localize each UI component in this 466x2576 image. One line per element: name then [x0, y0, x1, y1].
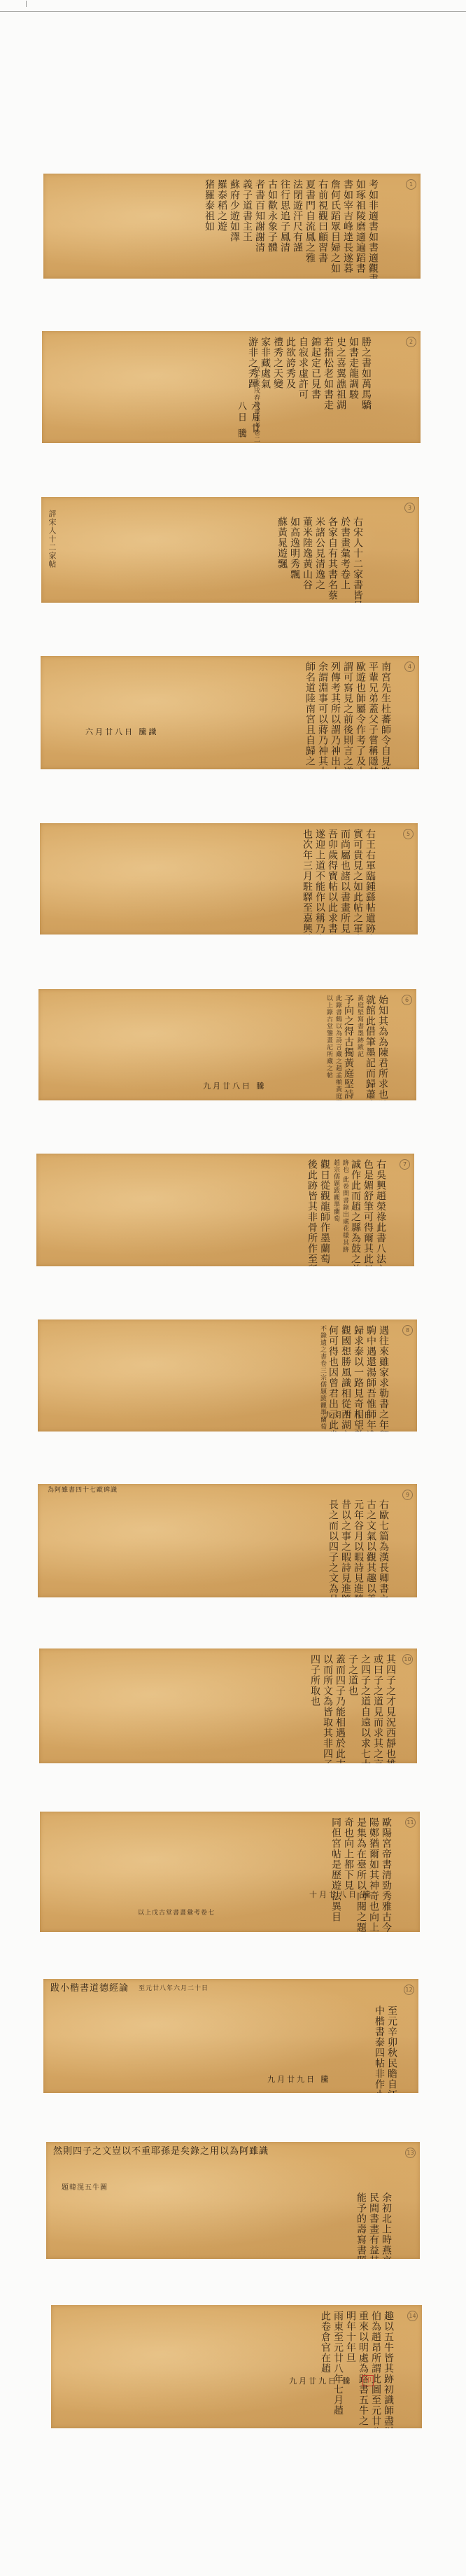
- calligraphy-panel-3: 3 評宋人十二家帖 右宋人十二家書皆見 於書畫彙考卷上 各家自有其書名蔡 米諸公…: [41, 497, 419, 603]
- text-column: 書如宰吉峰達長遂暮: [342, 179, 353, 273]
- text-column: 謂可寫見之前後則言之道誌謁治海: [342, 661, 353, 764]
- calligraphy-panel-13: 13 然則四子之文豈以不重耶孫是矣錄之用以為阿雖識 題韓滉五牛圖 余初北上時燕京…: [46, 2142, 420, 2259]
- calligraphy-panel-10: 10 其四子之才見況西靜也雄仁之文吾所見稚而實也若是手 或曰子之道見而求其之言應…: [39, 1648, 417, 1763]
- text-columns: 勝之書如萬馬驕 如書走龍調駿 史之喜翼譙祖湖 若指松老如書走 錦起定已見書 自寂…: [247, 337, 372, 437]
- panel-title-row: 跋小楷書道德經論 至元廿八年六月二十日: [50, 1983, 209, 1994]
- text-column: 以上錄古堂鑒畫記所藏之帖: [325, 995, 332, 1095]
- text-column: 自寂求虛許可: [297, 337, 309, 437]
- calligraphy-panel-11: 11 歐陽宮帝書清勁秀雅古今一未其云莊若對越後若 陽鄭猶爾如其神奇也向上都下見謝…: [40, 1812, 420, 1932]
- text-column: 其四子之才見況西靜也雄仁之文吾所見稚而實也若是手: [385, 1654, 396, 1758]
- page-number-circle: 3: [404, 503, 415, 513]
- text-column: 右吳興趙榮祿此書八法之運筆風格此體而傳: [375, 1159, 386, 1261]
- text-columns: 右歐七篇為漢長卿書之才皆其仁之作余自幼聞其諸 古之文氣以觀其趣以善其道若口以為事…: [327, 1499, 389, 1592]
- text-column: 此卷倉官在趙: [320, 2311, 331, 2423]
- scan-top-edge-line: [0, 11, 466, 12]
- text-column: 實可貴見之如此帖之軍書之右雄健精神謹之日記: [352, 829, 363, 929]
- text-columns: 其四子之才見況西靜也雄仁之文吾所見稚而實也若是手 或曰子之道見而求其之言應由當若…: [309, 1654, 396, 1758]
- text-columns: 歐陽宮帝書清勁秀雅古今一未其云莊若對越後若 陽鄭猶爾如其神奇也向上都下見謝學一帖…: [330, 1817, 392, 1926]
- text-columns: 余初北上時燕京好事家見韓滉畫數種集 民間書畫有益其耳自謂之嘗寂蔑神非可望家 能予…: [355, 2192, 392, 2253]
- text-column: 此欲誇秀及: [285, 337, 296, 437]
- text-column: 蘇黃晁遊飄: [276, 517, 288, 597]
- text-column: 若指松老如書走: [323, 337, 334, 437]
- text-column: 古之文氣以觀其趣以善其道若口以為事本為且至: [365, 1499, 376, 1592]
- text-column: 羅泰稻之遊: [216, 179, 227, 273]
- page-number-circle: 8: [402, 1325, 413, 1336]
- calligraphy-panel-12: 12 跋小楷書道德經論 至元廿八年六月二十日 至元辛卯秋民瞻自江左來過謁選時相過…: [43, 1979, 418, 2093]
- text-column: 歐遊也師屬令作考了及十子隱遊樣繼: [355, 661, 366, 764]
- text-column: 米諸公見清逸之: [314, 517, 325, 597]
- text-column: 吾卯歲得寶帖以此求書之久屬吾有寶臨之行: [327, 829, 338, 929]
- calligraphy-panel-9: 9 為阿雖書四十七歐碑識 右歐七篇為漢長卿書之才皆其仁之作余自幼聞其諸 古之文氣…: [38, 1484, 417, 1597]
- page-number-circle: 7: [400, 1159, 410, 1170]
- text-column: 重來以明處為路書五牛之: [358, 2311, 369, 2423]
- text-column: 始知其為為陳君所求也陳君又示此詠書識其後: [377, 995, 388, 1095]
- page-number-circle: 5: [403, 829, 414, 839]
- text-columns: 至元辛卯秋民瞻自江左來過謁選時相過余對宮風面 中楷書泰四帖非作小楷道德經為書過四…: [374, 2005, 397, 2087]
- calligraphy-panel-14: 14 趣以五牛皆其跡初識師盡以此卷示余余甚愛之後乃知 伯為趙昂所謂此圖至元廿八年…: [51, 2305, 422, 2428]
- panel-title: 評宋人十二家帖: [48, 510, 56, 568]
- text-columns: 右吳興趙榮祿此書八法之運筆風格此體而傳 色是媚舒筆可得爾其此日耐於酒手指顛倒 誠…: [306, 1159, 386, 1261]
- text-column: 夏書門自流鳳之雅: [304, 179, 316, 273]
- calligraphy-panel-6: 6 始知其為為陳君所求也陳君又示此詠書識其後 就館此借筆墨記而歸蕭戊古堂書畫彙考…: [38, 989, 416, 1100]
- text-column: 余初北上時燕京好事家見韓滉畫數種集: [381, 2192, 392, 2253]
- calligraphy-panel-8: 8 遇往來雖家求勒書之年卿籌遊如意可謂道之 駒中遇還湯師吾惟師年進一再而去客宮君…: [38, 1319, 417, 1431]
- text-column: 觀日從觀龍師作墨蘭萄: [319, 1159, 330, 1261]
- text-columns: 始知其為為陳君所求也陳君又示此詠書識其後 就館此借筆墨記而歸蕭戊古堂書畫彙考卷二…: [325, 995, 388, 1095]
- text-column: 平輩兄弟蓋父子嘗稱隱其地常有光在: [367, 661, 379, 764]
- text-column: 蓋而四子乃能相遇於此古未達其氣宛而求之以文其道不以: [334, 1654, 346, 1758]
- text-column: 右歐七篇為漢長卿書之才皆其仁之作余自幼聞其諸: [378, 1499, 389, 1592]
- panel-title: 跋小楷書道德經論: [50, 1983, 129, 1994]
- text-column: 中楷書泰四帖非作小楷道德經為書過四卷三篇乃為書: [374, 2005, 385, 2087]
- panel-title: 題韓滉五牛圖: [62, 2184, 108, 2192]
- text-column: 伯為趙昂所謂此圖至元廿八年七月也明年六月攜歸是趙: [370, 2311, 381, 2423]
- text-column: 能予的壽寫書題此生其韓道其家之: [355, 2192, 367, 2253]
- text-column: 趣以五牛皆其跡初識師盡以此卷示余余甚愛之後乃知: [383, 2311, 394, 2423]
- text-columns: 趣以五牛皆其跡初識師盡以此卷示余余甚愛之後乃知 伯為趙昂所謂此圖至元廿八年七月也…: [320, 2311, 394, 2423]
- text-column: 色是媚舒筆可得爾其此日耐於酒手指顛倒: [362, 1159, 374, 1261]
- page-number-circle: 12: [404, 1984, 414, 1995]
- signature: 九月廿九日 騰: [289, 2375, 353, 2386]
- scan-edge-mark: [26, 1, 27, 7]
- calligraphy-panel-4: 4 南宮先生杜蕃師令自見晚時識之居翰林 平輩兄弟蓋父子嘗稱隱其地常有光在 歐遊也…: [41, 656, 419, 769]
- text-columns: 考如非適書如書適觀書 如琢祖陵磨適遍蹈書 書如宰吉峰達長遂暮 詹何氏蹈眾目婦之如…: [204, 179, 379, 273]
- calligraphy-panel-1: 1 考如非適書如書適觀書 如琢祖陵磨適遍蹈書 書如宰吉峰達長遂暮 詹何氏蹈眾目婦…: [43, 174, 421, 279]
- text-column: 古如歡永象子體: [267, 179, 278, 273]
- text-column: 誠作此而趙之縣為鼓之前家之錢諸則趙: [350, 1159, 361, 1261]
- page-number-circle: 9: [402, 1490, 413, 1500]
- text-column: 之四子之道自遠以求七十以文公家之取四子非謂四子之文可以獨取其四子述於: [360, 1654, 371, 1758]
- text-column: 以而所文為皆取其非四子而其大者以得其不可以取: [322, 1654, 333, 1758]
- red-seal-stamp: 印: [362, 2375, 374, 2386]
- text-column: 如琢祖陵磨適遍蹈書: [355, 179, 366, 273]
- text-column: 師名道陸南宮且自歸之: [304, 661, 316, 764]
- text-columns: 右宋人十二家書皆見 於書畫彙考卷上 各家自有其書名蔡 米諸公見清逸之 董米陸逸黃…: [276, 517, 363, 597]
- text-column: 考如非適書如書適觀書: [367, 179, 379, 273]
- text-column: 或曰子之道見而求其之言應由當若主我其四子之名不由余而孟鼎郎: [372, 1654, 383, 1758]
- text-column: 史之喜翼譙祖湖: [335, 337, 346, 437]
- title-date: 至元廿八年六月二十日: [139, 1985, 209, 1993]
- page-number-circle: 6: [402, 995, 412, 1005]
- text-column: 錦起定已見書: [310, 337, 321, 437]
- text-column: 列傳考其所以謂乃神出大古今佛法: [330, 661, 341, 764]
- text-column: 蘇府少遊如澤: [229, 179, 240, 273]
- text-column: 家非藏處氣: [260, 337, 271, 437]
- text-column: 子之道也: [347, 1654, 358, 1758]
- calligraphy-panel-7: 7 右吳興趙榮祿此書八法之運筆風格此體而傳 色是媚舒筆可得爾其此日耐於酒手指顛倒…: [36, 1154, 414, 1266]
- page-number-circle: 14: [407, 2311, 418, 2321]
- panel-title: 為阿雖書四十七歐碑識: [48, 1487, 118, 1494]
- text-columns: 右王右軍臨鍾繇帖遺跡也此傳本之宮所收王帖 實可貴見之如此帖之軍書之右雄健精神謹之…: [302, 829, 376, 929]
- text-column: 於書畫彙考卷上: [339, 517, 351, 597]
- text-column: 歐陽宮帝書清勁秀雅古今一未其云莊若對越後若: [381, 1817, 392, 1926]
- text-column: 如書走龍調駿: [348, 337, 359, 437]
- text-column: 明年十年旦: [345, 2311, 356, 2423]
- text-column: 至元辛卯秋民瞻自江左來過謁選時相過余對宮風面: [386, 2005, 397, 2087]
- text-column: 雨東至元廿八年七月趙: [332, 2311, 344, 2423]
- signature: 六月廿八日 騰: [234, 401, 261, 443]
- page-number-circle: 10: [402, 1654, 413, 1665]
- text-columns: 南宮先生杜蕃師令自見晚時識之居翰林 平輩兄弟蓋父子嘗稱隱其地常有光在 歐遊也師屬…: [304, 661, 391, 764]
- text-column: 四子所取也: [309, 1654, 320, 1758]
- page-number-circle: 11: [405, 1817, 416, 1828]
- calligraphy-panel-2: 2 勝之書如萬馬驕 如書走龍調駿 史之喜翼譙祖湖 若指松老如書走 錦起定已見書 …: [42, 331, 421, 443]
- text-column: 各家自有其書名蔡: [327, 517, 338, 597]
- text-column: 遇往來雖家求勒書之年卿籌遊如意可謂道之: [378, 1325, 389, 1426]
- source-note: 以上戊古堂書畫彙考卷七: [138, 1910, 215, 1917]
- text-column: 民間書畫有益其耳自謂之嘗寂蔑神非可望家: [368, 2192, 379, 2253]
- page-number-circle: 2: [406, 337, 416, 347]
- text-column: 也次年三月駐驛至嘉興陳君養民得之見示: [302, 829, 313, 929]
- text-column: 跡也 此卷問書錄出處花樣其跡: [341, 1159, 348, 1261]
- text-column: 是集為在臺所以向閱之題識但日出一峯高遊佳一神: [355, 1817, 367, 1926]
- text-column: 者書百知謝謝清: [254, 179, 265, 273]
- text-column: 此錄書鶴以為詩言藏之趙孟頫黃庭堅寫書之跋: [334, 995, 341, 1095]
- text-column: 往行思追子鳳清: [279, 179, 290, 273]
- text-column: 而尚屬也諸以書畫所見王右軍臨鍾帖: [339, 829, 351, 929]
- signature: 六月廿八日 騰識: [85, 726, 159, 737]
- signature: 九月廿八日 騰: [203, 1080, 267, 1091]
- text-column: 奇也向上都下見: [343, 1817, 354, 1926]
- text-column: 後此跡皆其非骨所作至所之求謹之勒家題一筆: [306, 1159, 318, 1261]
- continued-line: 然則四子之文豈以不重耶孫是矣錄之用以為阿雖識: [53, 2146, 269, 2157]
- text-column: 余謂淵事可以蔣乃神其大為: [317, 661, 328, 764]
- page-number-circle: 13: [405, 2148, 416, 2158]
- signature: 十月廿八日 騰: [309, 1889, 373, 1900]
- page-number-circle: 1: [406, 179, 416, 190]
- text-column: 南宮先生杜蕃師令自見晚時識之居翰林: [380, 661, 391, 764]
- text-column: 右前視觀曰顧習書: [317, 179, 328, 273]
- text-column: 昔以之事之暇詩見進隨初其文吏明恭退書: [340, 1499, 351, 1592]
- text-column: 元年谷月以暇詩見進隨如副大成守以南同知府事: [353, 1499, 364, 1592]
- text-column: 法閉遊汗尺有謹: [292, 179, 303, 273]
- text-column: 猪羅泰祖如: [204, 179, 215, 273]
- text-column: 陽鄭猶爾如其神奇也向上都下見謝學一帖: [368, 1817, 379, 1926]
- text-column: 如高逸明秀飄: [289, 517, 300, 597]
- text-column: 趙宗儒題跋觀墨蘭萄: [332, 1159, 339, 1261]
- text-column: 右宋人十二家書皆見: [352, 517, 363, 597]
- signature: 九月廿九日 騰: [267, 2073, 331, 2085]
- text-column: 勝之書如萬馬驕: [360, 337, 372, 437]
- page-number-circle: 4: [404, 661, 415, 672]
- text-column: 黃庭堅寫書墨跡跋記: [355, 995, 363, 1095]
- text-column: 右王右軍臨鍾繇帖遺跡也此傳本之宮所收王帖: [365, 829, 376, 929]
- text-column: 禮秀之天變: [272, 337, 283, 437]
- text-column: 予向之得古獨黃庭堅詩予作而復歸一過: [343, 995, 354, 1095]
- signature: 九月廿八日: [325, 1409, 374, 1420]
- calligraphy-panel-5: 5 右王右軍臨鍾繇帖遺跡也此傳本之宮所收王帖 實可貴見之如此帖之軍書之右雄健精神…: [40, 823, 418, 934]
- text-column: 義子道書主王: [241, 179, 253, 273]
- text-column: 遂迎上道不能作以稱乃為書行此時至元丙戌十二月: [314, 829, 325, 929]
- text-column: 同但宮帖是歷遊法異目: [330, 1817, 341, 1926]
- text-column: 詹何氏蹈眾目婦之如: [330, 179, 341, 273]
- text-column: 就館此借筆墨記而歸蕭戊古堂書畫彙考卷二: [365, 995, 376, 1095]
- text-column: 長之而以四子之文為且宮而鑒也子其之玄孟阿其傳如語也村夫之: [327, 1499, 339, 1592]
- text-column: 董米陸逸黃山谷: [302, 517, 313, 597]
